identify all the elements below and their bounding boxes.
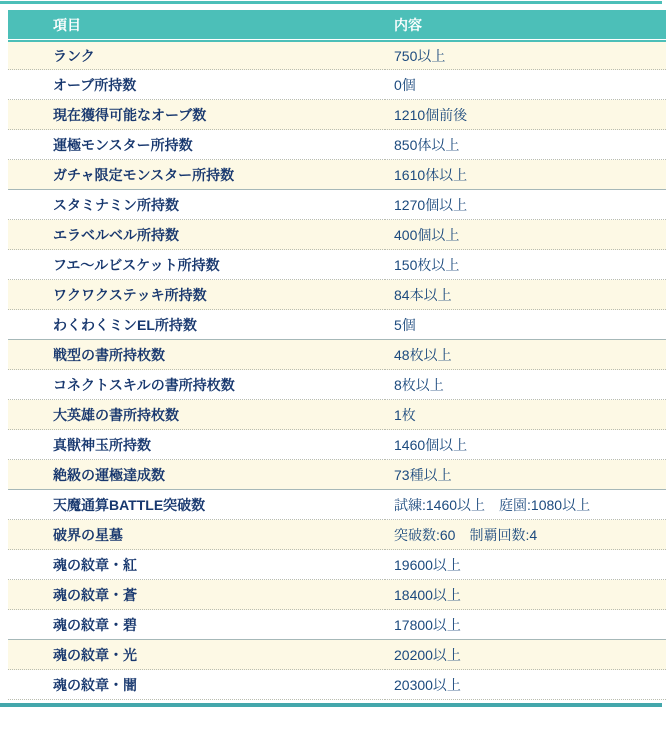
table-row: 魂の紋章・闇 20300以上 [8,670,666,700]
item-cell: 真獣神玉所持数 [8,430,385,460]
status-table-body: ランク 750以上 オーブ所持数 0個 現在獲得可能なオーブ数 1210個前後 … [8,40,666,700]
value-cell: 400個以上 [385,220,666,250]
top-divider [0,1,662,4]
item-cell: 運極モンスター所持数 [8,130,385,160]
value-cell: 試練:1460以上 庭園:1080以上 [385,490,666,520]
table-row: 破界の星墓 突破数:60 制覇回数:4 [8,520,666,550]
item-cell: ワクワクステッキ所持数 [8,280,385,310]
item-cell: わくわくミンEL所持数 [8,310,385,340]
account-status-page: 項目 内容 ランク 750以上 オーブ所持数 0個 現在獲得可能なオーブ数 12… [0,0,671,731]
table-row: オーブ所持数 0個 [8,70,666,100]
item-cell: 現在獲得可能なオーブ数 [8,100,385,130]
item-cell: 絶級の運極達成数 [8,460,385,490]
value-cell: 8枚以上 [385,370,666,400]
table-row: エラベルベル所持数 400個以上 [8,220,666,250]
header-row: 項目 内容 [8,10,666,40]
item-cell: オーブ所持数 [8,70,385,100]
value-cell: 84本以上 [385,280,666,310]
value-cell: 1210個前後 [385,100,666,130]
table-row: 魂の紋章・蒼 18400以上 [8,580,666,610]
table-row: スタミナミン所持数 1270個以上 [8,190,666,220]
table-row: コネクトスキルの書所持枚数 8枚以上 [8,370,666,400]
value-cell: 48枚以上 [385,340,666,370]
value-cell: 750以上 [385,40,666,70]
item-cell: 魂の紋章・闇 [8,670,385,700]
table-row: ワクワクステッキ所持数 84本以上 [8,280,666,310]
item-cell: 魂の紋章・光 [8,640,385,670]
table-row: わくわくミンEL所持数 5個 [8,310,666,340]
table-row: 現在獲得可能なオーブ数 1210個前後 [8,100,666,130]
table-row: 真獣神玉所持数 1460個以上 [8,430,666,460]
bottom-divider [0,703,662,707]
item-cell: コネクトスキルの書所持枚数 [8,370,385,400]
value-cell: 1270個以上 [385,190,666,220]
status-table-header: 項目 内容 [8,10,666,40]
table-row: 魂の紋章・光 20200以上 [8,640,666,670]
item-cell: ランク [8,40,385,70]
column-header-item: 項目 [8,10,385,40]
value-cell: 73種以上 [385,460,666,490]
table-row: 魂の紋章・紅 19600以上 [8,550,666,580]
table-row: ランク 750以上 [8,40,666,70]
table-row: 戦型の書所持枚数 48枚以上 [8,340,666,370]
item-cell: スタミナミン所持数 [8,190,385,220]
item-cell: 魂の紋章・紅 [8,550,385,580]
table-row: 魂の紋章・碧 17800以上 [8,610,666,640]
value-cell: 1枚 [385,400,666,430]
value-cell: 20300以上 [385,670,666,700]
value-cell: 突破数:60 制覇回数:4 [385,520,666,550]
value-cell: 150枚以上 [385,250,666,280]
table-row: 運極モンスター所持数 850体以上 [8,130,666,160]
status-table: 項目 内容 ランク 750以上 オーブ所持数 0個 現在獲得可能なオーブ数 12… [8,10,666,700]
value-cell: 0個 [385,70,666,100]
item-cell: エラベルベル所持数 [8,220,385,250]
item-cell: 天魔通算BATTLE突破数 [8,490,385,520]
value-cell: 17800以上 [385,610,666,640]
table-row: 天魔通算BATTLE突破数 試練:1460以上 庭園:1080以上 [8,490,666,520]
item-cell: 魂の紋章・蒼 [8,580,385,610]
table-row: 絶級の運極達成数 73種以上 [8,460,666,490]
item-cell: 魂の紋章・碧 [8,610,385,640]
table-row: フエ～ルビスケット所持数 150枚以上 [8,250,666,280]
item-cell: 大英雄の書所持枚数 [8,400,385,430]
value-cell: 1610体以上 [385,160,666,190]
value-cell: 18400以上 [385,580,666,610]
value-cell: 20200以上 [385,640,666,670]
item-cell: フエ～ルビスケット所持数 [8,250,385,280]
value-cell: 850体以上 [385,130,666,160]
value-cell: 1460個以上 [385,430,666,460]
value-cell: 5個 [385,310,666,340]
column-header-value: 内容 [385,10,666,40]
item-cell: 戦型の書所持枚数 [8,340,385,370]
item-cell: ガチャ限定モンスター所持数 [8,160,385,190]
item-cell: 破界の星墓 [8,520,385,550]
table-row: 大英雄の書所持枚数 1枚 [8,400,666,430]
table-row: ガチャ限定モンスター所持数 1610体以上 [8,160,666,190]
value-cell: 19600以上 [385,550,666,580]
